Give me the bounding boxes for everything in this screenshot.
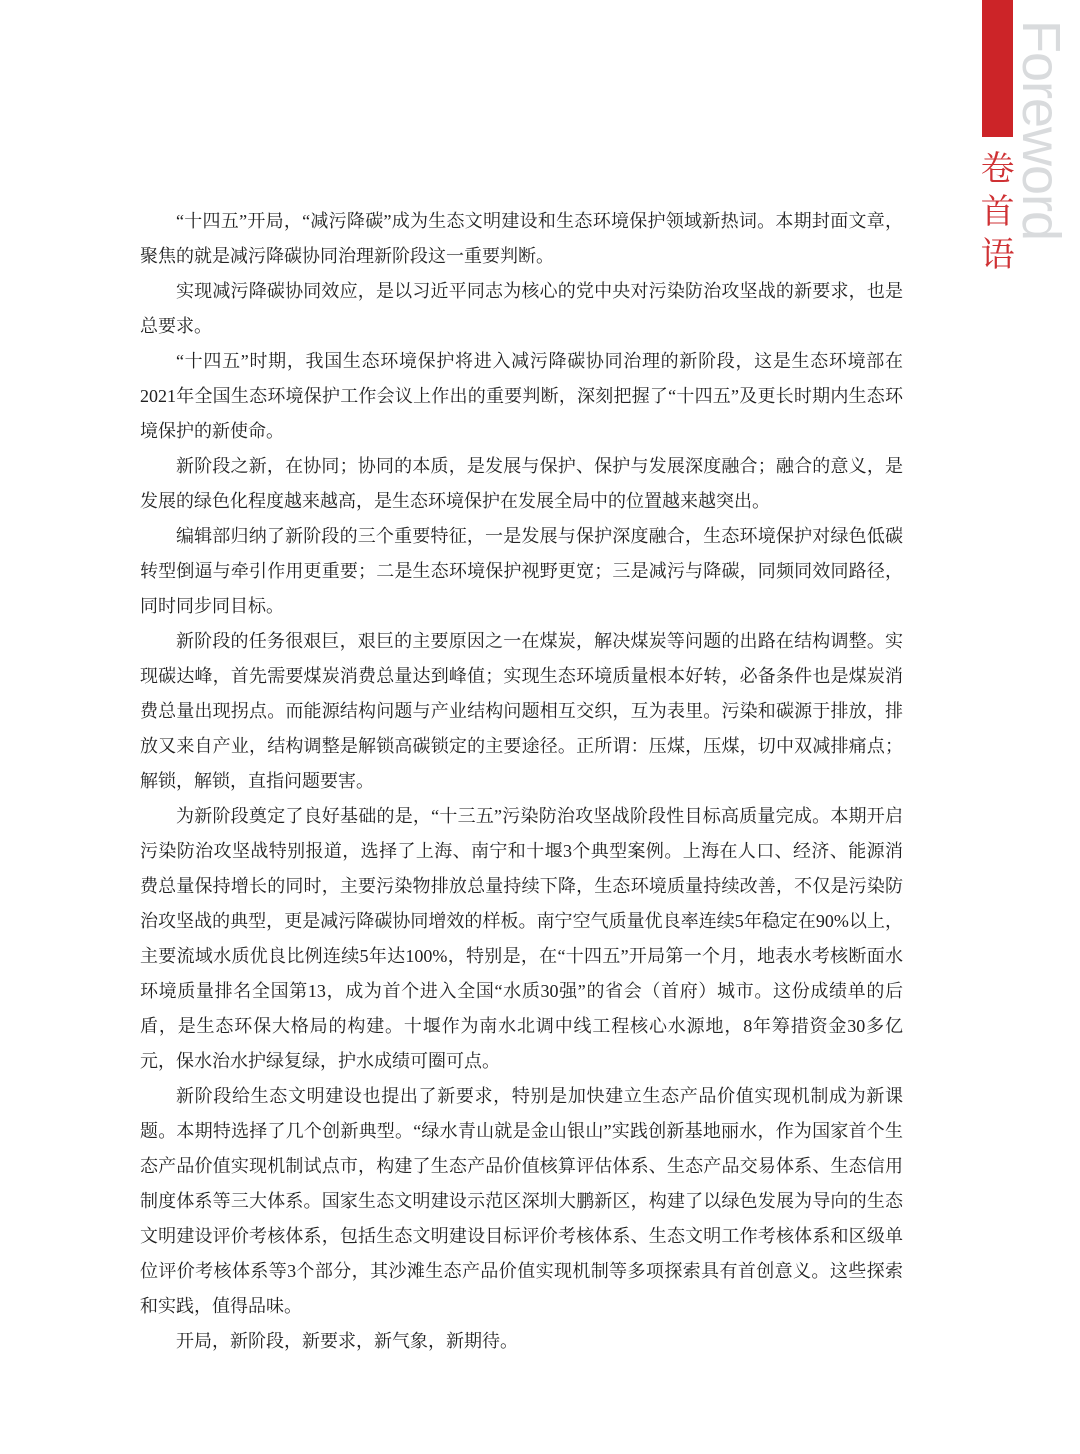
- foreword-paragraph: “十四五”时期，我国生态环境保护将进入减污降碳协同治理的新阶段，这是生态环境部在…: [140, 344, 903, 449]
- foreword-paragraph: 编辑部归纳了新阶段的三个重要特征，一是发展与保护深度融合，生态环境保护对绿色低碳…: [140, 519, 903, 624]
- foreword-paragraph: 开局，新阶段，新要求，新气象，新期待。: [140, 1324, 903, 1359]
- foreword-paragraph: 新阶段给生态文明建设也提出了新要求，特别是加快建立生态产品价值实现机制成为新课题…: [140, 1079, 903, 1324]
- foreword-paragraph: “十四五”开局，“减污降碳”成为生态文明建设和生态环境保护领域新热词。本期封面文…: [140, 204, 903, 274]
- foreword-paragraph: 为新阶段奠定了良好基础的是，“十三五”污染防治攻坚战阶段性目标高质量完成。本期开…: [140, 799, 903, 1079]
- foreword-paragraph: 新阶段之新，在协同；协同的本质，是发展与保护、保护与发展深度融合；融合的意义，是…: [140, 449, 903, 519]
- foreword-chinese-title: 卷首语: [973, 150, 1013, 279]
- foreword-english-title: Foreword: [1010, 20, 1072, 240]
- red-rectangle-icon: [982, 0, 1013, 137]
- foreword-paragraph: 新阶段的任务很艰巨，艰巨的主要原因之一在煤炭，解决煤炭等问题的出路在结构调整。实…: [140, 624, 903, 799]
- foreword-page: Foreword 卷首语 “十四五”开局，“减污降碳”成为生态文明建设和生态环境…: [0, 0, 1080, 1454]
- foreword-paragraph: 实现减污降碳协同效应，是以习近平同志为核心的党中央对污染防治攻坚战的新要求，也是…: [140, 274, 903, 344]
- article-body: “十四五”开局，“减污降碳”成为生态文明建设和生态环境保护领域新热词。本期封面文…: [140, 204, 903, 1359]
